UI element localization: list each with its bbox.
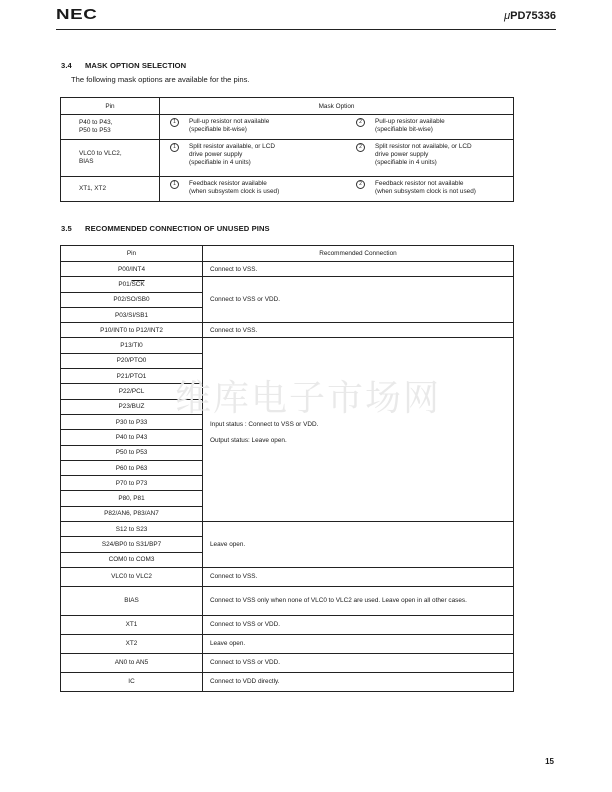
header-rule	[56, 29, 556, 30]
connection-cell: Connect to VSS or VDD.	[203, 615, 514, 634]
connection-cell: Leave open.	[203, 522, 514, 568]
option-line: drive power supply	[189, 151, 242, 158]
pin-cell: P82/AN6, P83/AN7	[61, 506, 203, 521]
pin-cell: P22/PCL	[61, 384, 203, 399]
pin-cell: P20/PTO0	[61, 353, 203, 368]
pin-cell: P70 to P73	[61, 476, 203, 491]
option-line: Split resistor available, or LCD	[189, 143, 275, 150]
table-row: XT1Connect to VSS or VDD.	[61, 615, 514, 634]
option-line: Feedback resistor available	[189, 180, 267, 187]
section-3-4-heading: 3.4MASK OPTION SELECTION	[61, 61, 186, 70]
pin-cell: P60 to P63	[61, 460, 203, 475]
pin-overlined-signal: SCK	[132, 281, 145, 288]
pin-line: VLC0 to VLC2,	[79, 150, 122, 157]
circled-number-icon: 2	[356, 143, 365, 152]
table-row: S12 to S23Leave open.	[61, 522, 514, 537]
table-row: XT2Leave open.	[61, 634, 514, 653]
option-line: drive power supply	[375, 151, 428, 158]
input-status-text: Input status : Connect to VSS or VDD.	[210, 419, 513, 430]
option-line: Split resistor not available, or LCD	[375, 143, 472, 150]
pin-cell: P10/INT0 to P12/INT2	[61, 323, 203, 338]
table-row: P40 to P43,P50 to P53 1Pull-up resistor …	[61, 115, 514, 140]
option-line: (when subsystem clock is not used)	[375, 188, 476, 195]
table-row: P13/TI0 Input status : Connect to VSS or…	[61, 338, 514, 353]
pin-cell: P21/PTO1	[61, 369, 203, 384]
option-2-cell: 2Feedback resistor not available(when su…	[346, 177, 514, 202]
table-row: P00/INT4Connect to VSS.	[61, 262, 514, 277]
pin-cell: P30 to P33	[61, 414, 203, 429]
pin-cell: P03/SI/SB1	[61, 307, 203, 322]
pin-cell: VLC0 to VLC2,BIAS	[61, 140, 160, 177]
pin-cell: P00/INT4	[61, 262, 203, 277]
pin-cell: IC	[61, 672, 203, 691]
circled-number-icon: 2	[356, 180, 365, 189]
section-title: MASK OPTION SELECTION	[85, 61, 186, 70]
pin-cell: BIAS	[61, 586, 203, 615]
connection-cell: Connect to VSS or VDD.	[203, 277, 514, 323]
connection-cell: Connect to VSS only when none of VLC0 to…	[203, 586, 514, 615]
page-number: 15	[545, 757, 554, 766]
option-line: (specifiable in 4 units)	[189, 159, 251, 166]
option-1-cell: 1Feedback resistor available(when subsys…	[160, 177, 347, 202]
circled-number-icon: 2	[356, 118, 365, 127]
pin-line: P40 to P43,	[79, 119, 112, 126]
table-row: VLC0 to VLC2,BIAS 1Split resistor availa…	[61, 140, 514, 177]
connection-cell: Connect to VSS.	[203, 567, 514, 586]
option-line: (specifiable bit-wise)	[189, 126, 247, 133]
part-number: μPD75336	[504, 10, 556, 22]
pin-cell: P40 to P43,P50 to P53	[61, 115, 160, 140]
pin-cell: P02/SO/SB0	[61, 292, 203, 307]
nec-logo: NEC	[56, 6, 97, 23]
option-line: (when subsystem clock is used)	[189, 188, 279, 195]
pin-cell: S12 to S23	[61, 522, 203, 537]
option-2-cell: 2Split resistor not available, or LCDdri…	[346, 140, 514, 177]
unused-pins-table: Pin Recommended Connection P00/INT4Conne…	[60, 245, 514, 692]
circled-number-icon: 1	[170, 143, 179, 152]
col-header-mask-option: Mask Option	[160, 98, 514, 115]
col-header-connection: Recommended Connection	[203, 246, 514, 262]
pin-cell: P01/SCK	[61, 277, 203, 292]
option-line: Feedback resistor not available	[375, 180, 463, 187]
pin-cell: XT1, XT2	[61, 177, 160, 202]
section-3-5-heading: 3.5RECOMMENDED CONNECTION OF UNUSED PINS	[61, 224, 270, 233]
option-1-cell: 1Pull-up resistor not available(specifia…	[160, 115, 347, 140]
connection-cell: Connect to VSS.	[203, 262, 514, 277]
connection-cell: Connect to VSS.	[203, 323, 514, 338]
pin-cell: AN0 to AN5	[61, 653, 203, 672]
col-header-pin: Pin	[61, 246, 203, 262]
pin-cell: P50 to P53	[61, 445, 203, 460]
option-line: Pull-up resistor available	[375, 118, 445, 125]
table-row: XT1, XT2 1Feedback resistor available(wh…	[61, 177, 514, 202]
pin-prefix: P01/	[118, 281, 131, 288]
table-row: BIASConnect to VSS only when none of VLC…	[61, 586, 514, 615]
col-header-pin: Pin	[61, 98, 160, 115]
pin-line: BIAS	[79, 158, 94, 165]
section-number: 3.5	[61, 224, 85, 233]
table-row: AN0 to AN5Connect to VSS or VDD.	[61, 653, 514, 672]
option-line: (specifiable bit-wise)	[375, 126, 433, 133]
pin-cell: XT2	[61, 634, 203, 653]
pin-cell: P80, P81	[61, 491, 203, 506]
pin-cell: P40 to P43	[61, 430, 203, 445]
pin-cell: VLC0 to VLC2	[61, 567, 203, 586]
table-row: VLC0 to VLC2Connect to VSS.	[61, 567, 514, 586]
pin-cell: P23/BUZ	[61, 399, 203, 414]
table-row: P10/INT0 to P12/INT2Connect to VSS.	[61, 323, 514, 338]
table-header-row: Pin Mask Option	[61, 98, 514, 115]
connection-cell: Leave open.	[203, 634, 514, 653]
option-2-cell: 2Pull-up resistor available(specifiable …	[346, 115, 514, 140]
output-status-text: Output status: Leave open.	[210, 435, 513, 446]
section-3-4-intro: The following mask options are available…	[71, 75, 250, 84]
pin-cell: S24/BP0 to S31/BP7	[61, 537, 203, 552]
section-title: RECOMMENDED CONNECTION OF UNUSED PINS	[85, 224, 270, 233]
option-line: Pull-up resistor not available	[189, 118, 269, 125]
option-1-cell: 1Split resistor available, or LCDdrive p…	[160, 140, 347, 177]
connection-cell: Connect to VDD directly.	[203, 672, 514, 691]
table-row: ICConnect to VDD directly.	[61, 672, 514, 691]
mask-option-table: Pin Mask Option P40 to P43,P50 to P53 1P…	[60, 97, 514, 202]
section-number: 3.4	[61, 61, 85, 70]
option-line: (specifiable in 4 units)	[375, 159, 437, 166]
connection-cell: Input status : Connect to VSS or VDD.Out…	[203, 338, 514, 522]
circled-number-icon: 1	[170, 180, 179, 189]
connection-cell: Connect to VSS or VDD.	[203, 653, 514, 672]
table-row: P01/SCKConnect to VSS or VDD.	[61, 277, 514, 292]
pin-cell: XT1	[61, 615, 203, 634]
table-header-row: Pin Recommended Connection	[61, 246, 514, 262]
pin-cell: P13/TI0	[61, 338, 203, 353]
pin-line: P50 to P53	[79, 127, 111, 134]
circled-number-icon: 1	[170, 118, 179, 127]
pin-cell: COM0 to COM3	[61, 552, 203, 567]
part-number-text: PD75336	[510, 10, 556, 22]
